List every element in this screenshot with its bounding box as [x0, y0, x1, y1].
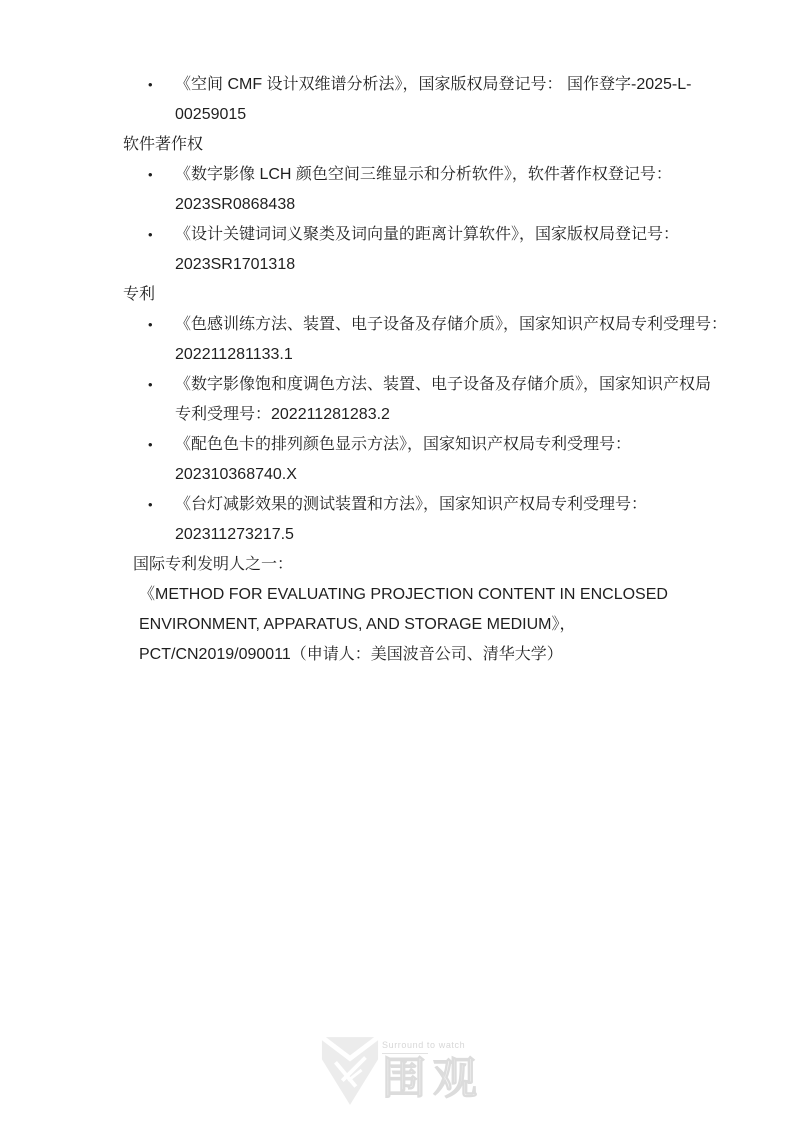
bullet-icon: • [148, 310, 175, 340]
list-item-continuation: 2023SR0868438 [0, 190, 800, 220]
list-item-continuation: 00259015 [0, 100, 800, 130]
list-item: •《数字影像 LCH 颜色空间三维显示和分析软件》，软件著作权登记号： [0, 160, 800, 190]
list-item-continuation: 202211281133.1 [0, 340, 800, 370]
list-item-text: 《色感训练方法、装置、电子设备及存储介质》，国家知识产权局专利受理号： [175, 316, 727, 333]
bullet-icon: • [148, 430, 175, 460]
list-item: •《配色色卡的排列颜色显示方法》，国家知识产权局专利受理号： [0, 430, 800, 460]
watermark-brand-text: 围观 [382, 1056, 484, 1102]
intl-patent-line: 《METHOD FOR EVALUATING PROJECTION CONTEN… [0, 580, 800, 610]
section-heading-patents: 专利 [0, 280, 800, 310]
intl-patent-heading: 国际专利发明人之一： [0, 550, 800, 580]
list-item: •《色感训练方法、装置、电子设备及存储介质》，国家知识产权局专利受理号： [0, 310, 800, 340]
list-item-continuation: 专利受理号：202211281283.2 [0, 400, 800, 430]
list-item-text: 《数字影像 LCH 颜色空间三维显示和分析软件》，软件著作权登记号： [175, 166, 672, 183]
bullet-icon: • [148, 160, 175, 190]
list-item-continuation: 202311273217.5 [0, 520, 800, 550]
list-item: •《数字影像饱和度调色方法、装置、电子设备及存储介质》，国家知识产权局 [0, 370, 800, 400]
list-item-text: 《配色色卡的排列颜色显示方法》，国家知识产权局专利受理号： [175, 436, 631, 453]
bullet-icon: • [148, 370, 175, 400]
list-item: •《台灯减影效果的测试装置和方法》，国家知识产权局专利受理号： [0, 490, 800, 520]
watermark-text-block: Surround to watch 围观 [382, 1035, 484, 1102]
list-item: •《设计关键词词义聚类及词向量的距离计算软件》，国家版权局登记号： [0, 220, 800, 250]
list-item-text: 《台灯减影效果的测试装置和方法》，国家知识产权局专利受理号： [175, 496, 647, 513]
list-item-text: 《数字影像饱和度调色方法、装置、电子设备及存储介质》，国家知识产权局 [175, 376, 711, 393]
list-item-text: 《空间 CMF 设计双维谱分析法》，国家版权局登记号： 国作登字-2025-L- [175, 76, 691, 93]
list-item-text: 《设计关键词词义聚类及词向量的距离计算软件》，国家版权局登记号： [175, 226, 679, 243]
bullet-icon: • [148, 70, 175, 100]
document-page: •《空间 CMF 设计双维谱分析法》，国家版权局登记号： 国作登字-2025-L… [0, 0, 800, 1132]
list-item-continuation: 202310368740.X [0, 460, 800, 490]
watermark: Surround to watch 围观 [321, 1035, 501, 1113]
intl-patent-line: PCT/CN2019/090011（申请人：美国波音公司、清华大学） [0, 640, 800, 670]
bullet-icon: • [148, 490, 175, 520]
list-item: •《空间 CMF 设计双维谱分析法》，国家版权局登记号： 国作登字-2025-L… [0, 70, 800, 100]
watermark-shield-icon [321, 1035, 379, 1107]
section-heading-software-copyright: 软件著作权 [0, 130, 800, 160]
watermark-tagline: Surround to watch [382, 1040, 484, 1050]
bullet-icon: • [148, 220, 175, 250]
intl-patent-line: ENVIRONMENT, APPARATUS, AND STORAGE MEDI… [0, 610, 800, 640]
document-body: •《空间 CMF 设计双维谱分析法》，国家版权局登记号： 国作登字-2025-L… [0, 70, 800, 670]
list-item-continuation: 2023SR1701318 [0, 250, 800, 280]
